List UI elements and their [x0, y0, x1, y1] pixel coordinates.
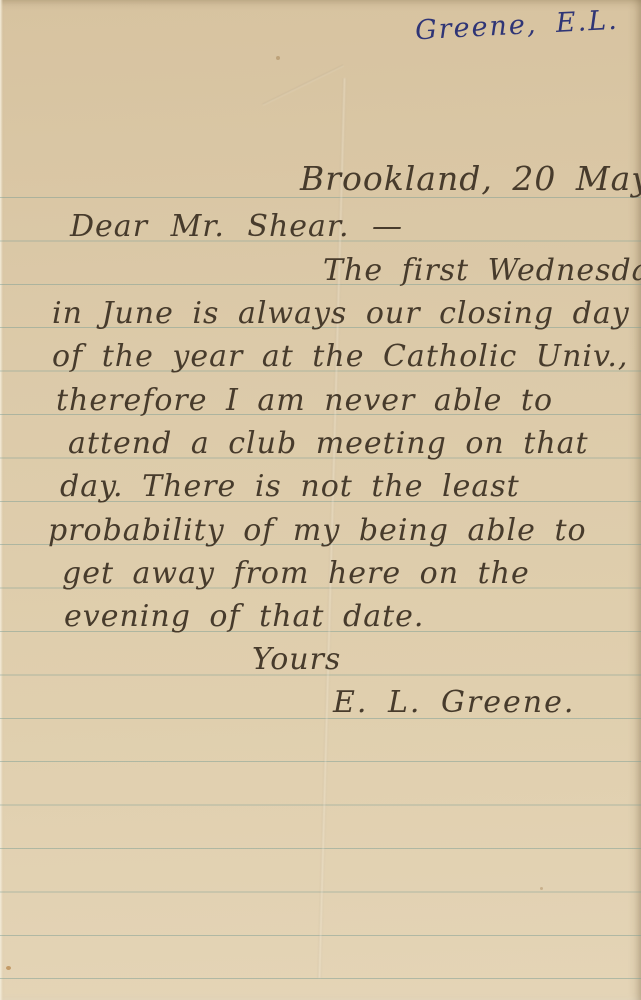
- paper-speck: [276, 56, 280, 60]
- body-line: in June is always our closing day: [52, 299, 630, 329]
- dateline: Brookland, 20 May.: [300, 162, 641, 195]
- body-line: therefore I am never able to: [56, 386, 553, 416]
- paper-speck: [6, 966, 11, 970]
- body-line: of the year at the Catholic Univ.,: [52, 342, 628, 372]
- body-line: probability of my being able to: [48, 516, 587, 546]
- paper-speck: [540, 887, 543, 890]
- body-line: get away from here on the: [62, 559, 530, 589]
- body-line: The first Wednesday: [323, 256, 641, 286]
- body-line: evening of that date.: [64, 602, 424, 632]
- closing: Yours: [252, 645, 341, 675]
- salutation: Dear Mr. Shear. —: [70, 212, 403, 242]
- body-line: day. There is not the least: [60, 472, 520, 502]
- signature: E. L. Greene.: [333, 688, 575, 718]
- archival-annotation: Greene, E.L.: [414, 7, 619, 45]
- body-line: attend a club meeting on that: [68, 429, 589, 459]
- fold-crease-diagonal: [262, 64, 344, 105]
- letter-scan: Greene, E.L. Brookland, 20 May. Dear Mr.…: [0, 0, 641, 1000]
